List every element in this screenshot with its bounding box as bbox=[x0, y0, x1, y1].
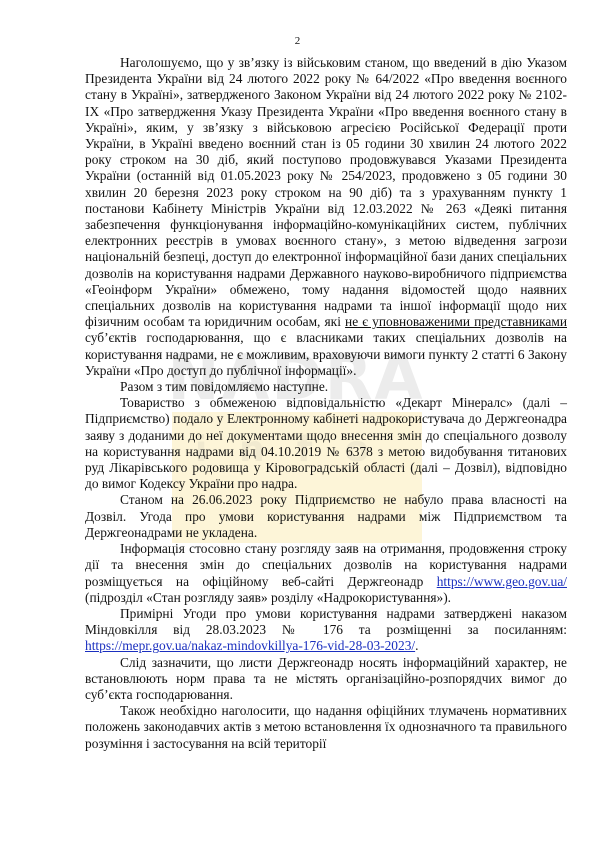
paragraph-text: Наголошуємо, що у зв’язку із військовим … bbox=[85, 55, 567, 329]
paragraph-text: Товариство з обмеженою відповідальністю … bbox=[85, 395, 567, 491]
paragraph-text: Примірні Угоди про умови користування на… bbox=[85, 606, 567, 637]
hyperlink[interactable]: https://www.geo.gov.ua/ bbox=[437, 574, 567, 589]
page-number: 2 bbox=[0, 35, 595, 47]
paragraph: Примірні Угоди про умови користування на… bbox=[85, 606, 567, 655]
paragraph: Разом з тим повідомляємо наступне. bbox=[85, 379, 567, 395]
document-page: NADRA info 2 Наголошуємо, що у зв’язку і… bbox=[0, 0, 595, 841]
paragraph-text: Слід зазначити, що листи Держгеонадр нос… bbox=[85, 655, 567, 702]
paragraph-text: Також необхідно наголосити, що надання о… bbox=[85, 703, 567, 750]
paragraph: Також необхідно наголосити, що надання о… bbox=[85, 703, 567, 752]
paragraph: Товариство з обмеженою відповідальністю … bbox=[85, 395, 567, 492]
underlined-text: не є уповноваженими представниками bbox=[345, 314, 567, 329]
hyperlink[interactable]: https://mepr.gov.ua/nakaz-mindovkillya-1… bbox=[85, 638, 415, 653]
paragraph-text: (підрозділ «Стан розгляду заяв» розділу … bbox=[85, 590, 451, 605]
paragraph-text: Станом на 26.06.2023 року Підприємство н… bbox=[85, 492, 567, 539]
paragraph: Наголошуємо, що у зв’язку із військовим … bbox=[85, 55, 567, 379]
paragraph: Слід зазначити, що листи Держгеонадр нос… bbox=[85, 655, 567, 704]
paragraph-text: . bbox=[415, 638, 418, 653]
paragraph: Станом на 26.06.2023 року Підприємство н… bbox=[85, 492, 567, 541]
paragraph-text: Разом з тим повідомляємо наступне. bbox=[120, 379, 328, 394]
document-body: Наголошуємо, що у зв’язку із військовим … bbox=[85, 55, 567, 752]
paragraph: Інформація стосовно стану розгляду заяв … bbox=[85, 541, 567, 606]
paragraph-text: суб’єктів господарювання, що є власникам… bbox=[85, 330, 567, 377]
